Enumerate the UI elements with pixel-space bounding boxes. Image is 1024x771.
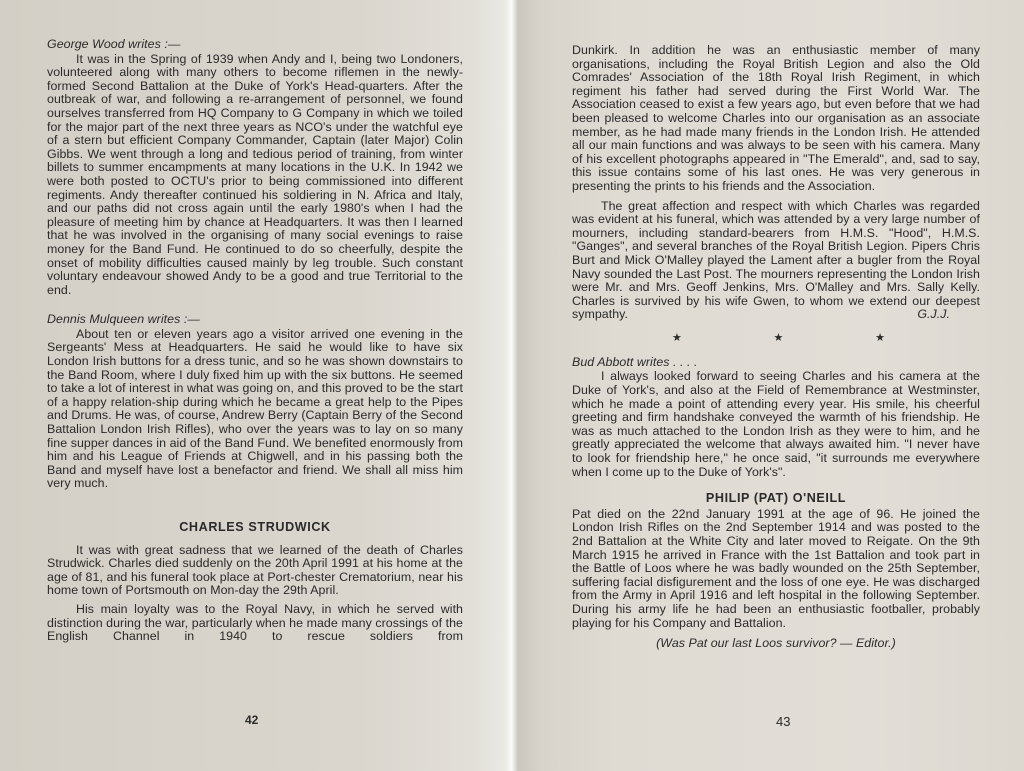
left-page-text: George Wood writes :— It was in the Spri… — [47, 38, 463, 644]
byline-bud-abbott: Bud Abbott writes . . . . — [572, 356, 980, 370]
strudwick-continued-paragraph-2: The great affection and respect with whi… — [572, 200, 980, 309]
left-page: George Wood writes :— It was in the Spri… — [0, 0, 512, 771]
star-icon: ★ — [672, 332, 682, 344]
strudwick-paragraph-1: It was with great sadness that we learne… — [47, 544, 463, 598]
last-line-text: sympathy. — [572, 308, 628, 322]
section-separator: ★ ★ ★ — [572, 332, 980, 344]
star-icon: ★ — [774, 332, 784, 344]
dennis-mulqueen-paragraph: About ten or eleven years ago a visitor … — [47, 328, 463, 491]
george-wood-paragraph: It was in the Spring of 1939 when Andy a… — [47, 53, 463, 298]
strudwick-continued-paragraph-1: Dunkirk. In addition he was an enthusias… — [572, 44, 980, 194]
signature-initials: G.J.J. — [917, 308, 980, 322]
bud-abbott-paragraph: I always looked forward to seeing Charle… — [572, 370, 980, 479]
heading-philip-oneill: PHILIP (PAT) O'NEILL — [572, 492, 980, 506]
book-spine — [506, 0, 518, 771]
byline-george-wood: George Wood writes :— — [47, 38, 463, 52]
philip-oneill-paragraph: Pat died on the 22nd January 1991 at the… — [572, 508, 980, 630]
editor-note: (Was Pat our last Loos survivor? — Edito… — [572, 637, 980, 651]
signature-line: sympathy. G.J.J. — [572, 308, 980, 322]
strudwick-paragraph-2: His main loyalty was to the Royal Navy, … — [47, 603, 463, 644]
star-icon: ★ — [875, 332, 885, 344]
page-number-right: 43 — [776, 714, 790, 729]
byline-dennis-mulqueen: Dennis Mulqueen writes :— — [47, 313, 463, 327]
page-number-left: 42 — [245, 713, 258, 727]
right-page-text: Dunkirk. In addition he was an enthusias… — [572, 44, 980, 651]
heading-charles-strudwick: CHARLES STRUDWICK — [47, 521, 463, 535]
